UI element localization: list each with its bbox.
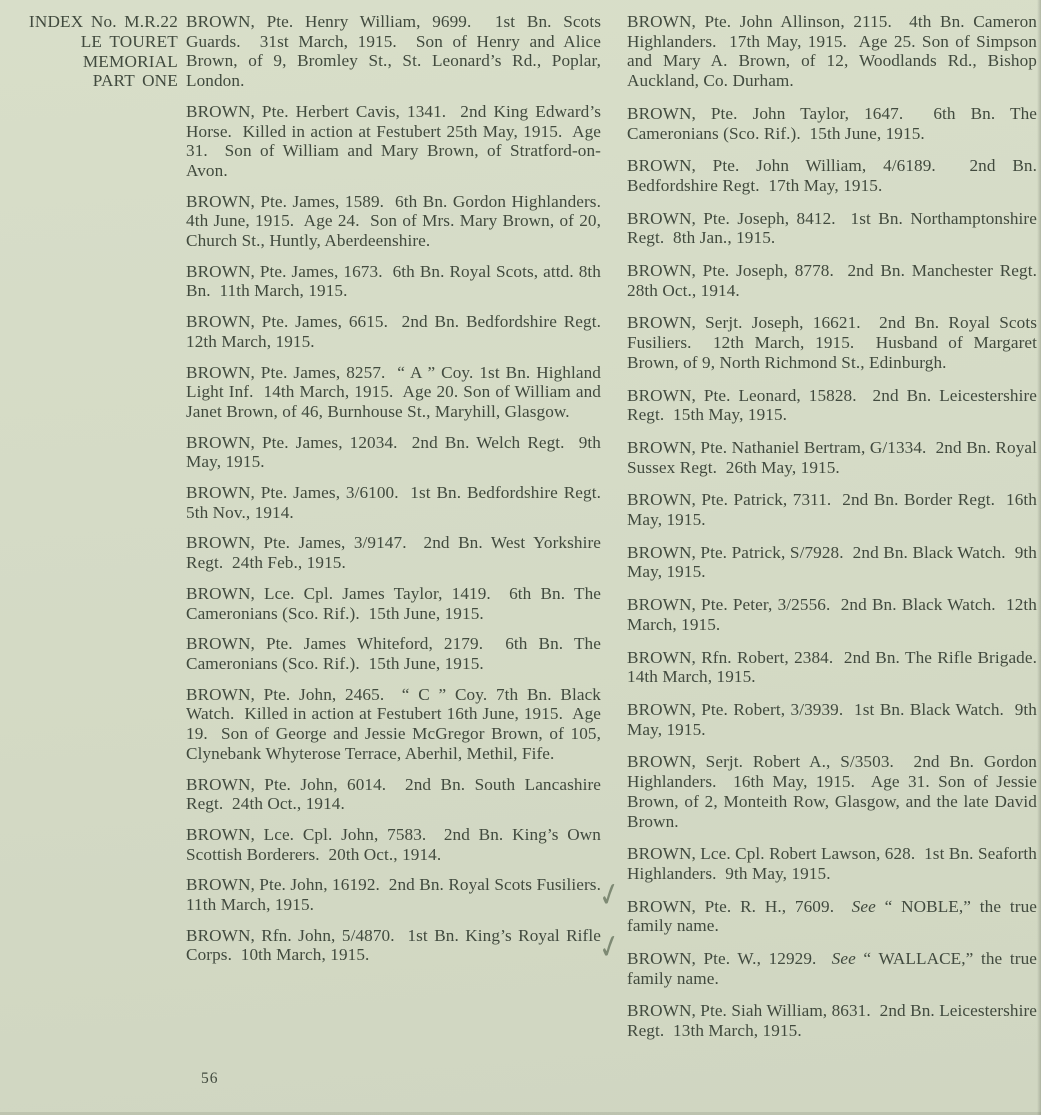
entry-text-pre: BROWN, Pte. R. H., 7609. — [627, 897, 852, 916]
register-entry: BROWN, Lce. Cpl. Robert Lawson, 628. 1st… — [627, 844, 1037, 883]
register-entry: BROWN, Serjt. Robert A., S/3503. 2nd Bn.… — [627, 752, 1037, 831]
register-entry: BROWN, Pte. Joseph, 8412. 1st Bn. Northa… — [627, 209, 1037, 248]
register-entry: BROWN, Pte. James, 8257. “ A ” Coy. 1st … — [186, 363, 601, 422]
register-page: INDEX No. M.R.22 LE TOURET MEMORIAL PART… — [0, 0, 1041, 1115]
register-entry: BROWN, Pte. John Taylor, 1647. 6th Bn. T… — [627, 104, 1037, 143]
register-entry: BROWN, Pte. John William, 4/6189. 2nd Bn… — [627, 156, 1037, 195]
register-entry: BROWN, Pte. James, 1589. 6th Bn. Gordon … — [186, 192, 601, 251]
register-entry: BROWN, Rfn. Robert, 2384. 2nd Bn. The Ri… — [627, 648, 1037, 687]
register-entry: BROWN, Pte. John, 6014. 2nd Bn. South La… — [186, 775, 601, 814]
register-entry: BROWN, Pte. James, 3/9147. 2nd Bn. West … — [186, 533, 601, 572]
register-entry: BROWN, Pte. Leonard, 15828. 2nd Bn. Leic… — [627, 386, 1037, 425]
index-number: INDEX No. M.R.22 — [0, 12, 178, 32]
left-column: BROWN, Pte. Henry William, 9699. 1st Bn.… — [186, 12, 601, 976]
register-entry: BROWN, Pte. James, 1673. 6th Bn. Royal S… — [186, 262, 601, 301]
register-entry: BROWN, Lce. Cpl. John, 7583. 2nd Bn. Kin… — [186, 825, 601, 864]
register-entry: BROWN, Rfn. John, 5/4870. 1st Bn. King’s… — [186, 926, 601, 965]
register-entry: BROWN, Pte. Patrick, 7311. 2nd Bn. Borde… — [627, 490, 1037, 529]
register-entry: BROWN, Pte. John, 16192. 2nd Bn. Royal S… — [186, 875, 601, 914]
register-entry: BROWN, Pte. Herbert Cavis, 1341. 2nd Kin… — [186, 102, 601, 181]
register-entry: BROWN, Pte. Joseph, 8778. 2nd Bn. Manche… — [627, 261, 1037, 300]
register-entry-cross-reference: ✓BROWN, Pte. R. H., 7609. See “ NOBLE,” … — [627, 897, 1037, 936]
register-entry: BROWN, Pte. James, 12034. 2nd Bn. Welch … — [186, 433, 601, 472]
page-number: 56 — [201, 1070, 219, 1088]
pencil-checkmark-icon: ✓ — [597, 934, 623, 963]
page-header: INDEX No. M.R.22 LE TOURET MEMORIAL PART… — [0, 12, 178, 91]
register-entry: BROWN, Pte. James Whiteford, 2179. 6th B… — [186, 634, 601, 673]
register-entry: BROWN, Pte. James, 6615. 2nd Bn. Bedford… — [186, 312, 601, 351]
pencil-checkmark-icon: ✓ — [597, 882, 623, 911]
memorial-part: PART ONE — [0, 71, 178, 91]
register-entry: BROWN, Pte. Henry William, 9699. 1st Bn.… — [186, 12, 601, 91]
register-entry: BROWN, Pte. Patrick, S/7928. 2nd Bn. Bla… — [627, 543, 1037, 582]
right-column: BROWN, Pte. John Allinson, 2115. 4th Bn.… — [627, 12, 1037, 1054]
register-entry: BROWN, Pte. Robert, 3/3939. 1st Bn. Blac… — [627, 700, 1037, 739]
register-entry: BROWN, Pte. Nathaniel Bertram, G/1334. 2… — [627, 438, 1037, 477]
entry-text-pre: BROWN, Pte. W., 12929. — [627, 949, 832, 968]
register-entry: BROWN, Lce. Cpl. James Taylor, 1419. 6th… — [186, 584, 601, 623]
see-reference-italic: See — [832, 949, 856, 968]
scan-edge-shadow — [1037, 0, 1041, 1115]
register-entry: BROWN, Pte. John, 2465. “ C ” Coy. 7th B… — [186, 685, 601, 764]
register-entry: BROWN, Pte. James, 3/6100. 1st Bn. Bedfo… — [186, 483, 601, 522]
memorial-name-line1: LE TOURET — [0, 32, 178, 52]
register-entry-cross-reference: ✓BROWN, Pte. W., 12929. See “ WALLACE,” … — [627, 949, 1037, 988]
register-entry: BROWN, Pte. Peter, 3/2556. 2nd Bn. Black… — [627, 595, 1037, 634]
register-entry: BROWN, Pte. John Allinson, 2115. 4th Bn.… — [627, 12, 1037, 91]
register-entry: BROWN, Serjt. Joseph, 16621. 2nd Bn. Roy… — [627, 313, 1037, 372]
register-entry: BROWN, Pte. Siah William, 8631. 2nd Bn. … — [627, 1001, 1037, 1040]
see-reference-italic: See — [852, 897, 876, 916]
memorial-name-line2: MEMORIAL — [0, 52, 178, 72]
